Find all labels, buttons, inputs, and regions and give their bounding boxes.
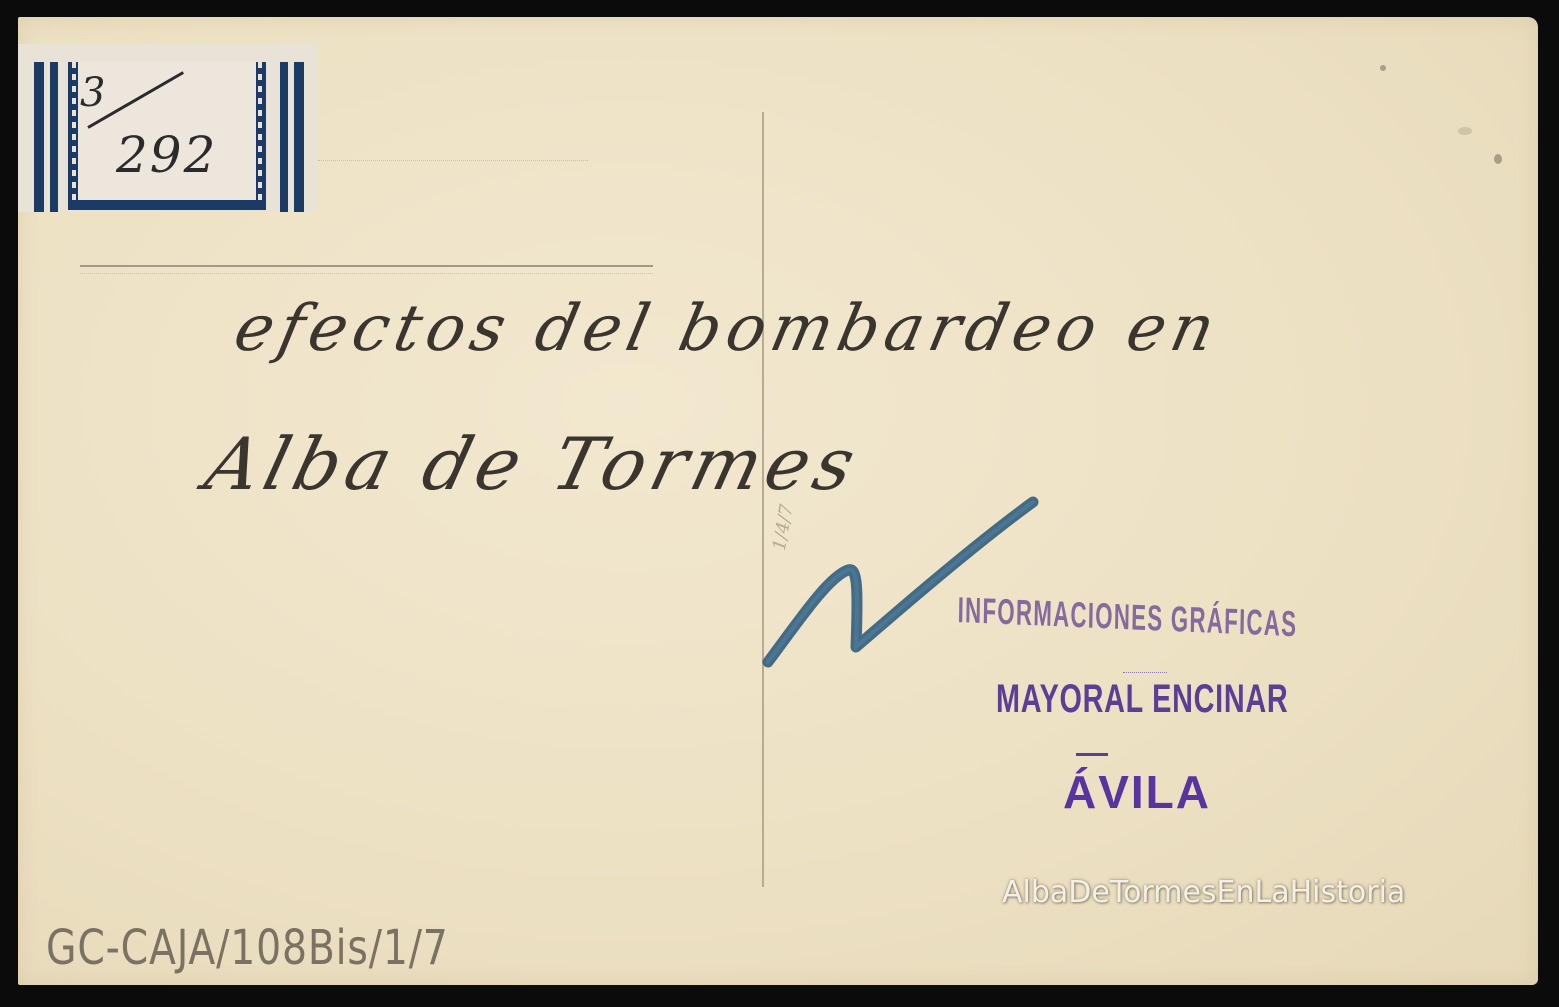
address-rule-dotted bbox=[318, 160, 588, 161]
blue-pencil-mark-icon bbox=[758, 482, 1048, 682]
stamp-dash bbox=[1076, 753, 1108, 756]
label-border-bar bbox=[34, 62, 44, 212]
message-rule-dotted bbox=[80, 273, 653, 274]
label-border-bar bbox=[294, 62, 304, 212]
stain-spot bbox=[1458, 127, 1472, 135]
message-rule bbox=[80, 265, 653, 267]
stamp-line-3: ÁVILA bbox=[1063, 765, 1211, 819]
watermark: AlbaDeTormesEnLaHistoria bbox=[1002, 875, 1405, 910]
label-border-bar bbox=[280, 62, 288, 212]
handwritten-caption-line-1: efectos del bombardeo en bbox=[228, 292, 1227, 366]
archive-label: 3 292 bbox=[18, 44, 318, 212]
stain-spot bbox=[1494, 154, 1502, 164]
label-number-bottom: 292 bbox=[116, 126, 217, 184]
label-border-bar bbox=[50, 62, 58, 212]
postcard-back: 3 292 efectos del bombardeo en Alba de T… bbox=[18, 17, 1538, 985]
label-number-top: 3 bbox=[80, 70, 105, 116]
pencil-archive-note: GC-CAJA/108Bis/1/7 bbox=[46, 920, 449, 976]
stamp-dotted-rule bbox=[1123, 672, 1167, 673]
stain-spot bbox=[1380, 65, 1386, 71]
stamp-line-2: MAYORAL ENCINAR bbox=[996, 677, 1342, 722]
